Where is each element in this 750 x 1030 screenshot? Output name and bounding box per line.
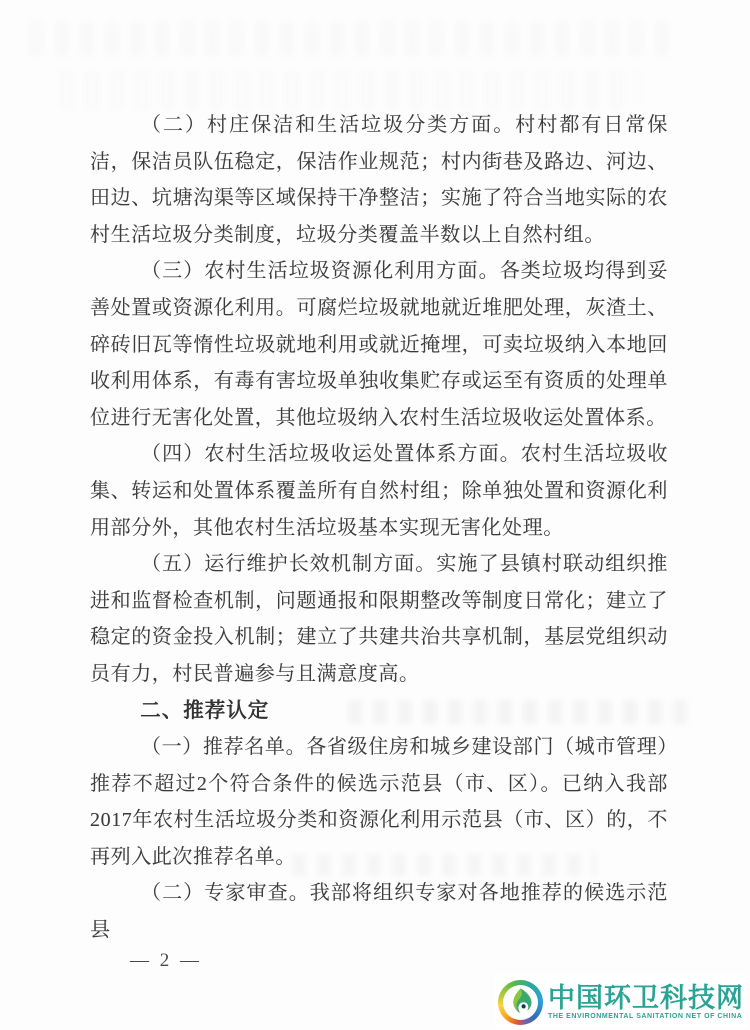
scan-artifact	[30, 22, 680, 56]
logo-subtitle: THE ENVIRONMENTAL SANITATION NET OF CHIN…	[548, 1012, 744, 1021]
body-paragraph: （一）推荐名单。各省级住房和城乡建设部门（城市管理）推荐不超过2个符合条件的候选…	[90, 729, 668, 875]
body-paragraph: （五）运行维护长效机制方面。实施了县镇村联动组织推进和监督检查机制，问题通报和限…	[90, 546, 668, 692]
site-logo: 中国环卫科技网 THE ENVIRONMENTAL SANITATION NET…	[495, 975, 747, 1029]
page-number: — 2 —	[90, 951, 668, 971]
document-page: （二）村庄保洁和生活垃圾分类方面。村村都有日常保洁，保洁员队伍稳定，保洁作业规范…	[0, 0, 750, 1030]
logo-ring-icon	[498, 980, 543, 1025]
document-body: （二）村庄保洁和生活垃圾分类方面。村村都有日常保洁，保洁员队伍稳定，保洁作业规范…	[90, 107, 668, 971]
logo-text: 中国环卫科技网 THE ENVIRONMENTAL SANITATION NET…	[548, 984, 744, 1021]
body-paragraph: （三）农村生活垃圾资源化利用方面。各类垃圾均得到妥善处置或资源化利用。可腐烂垃圾…	[90, 253, 668, 436]
body-paragraph: （四）农村生活垃圾收运处置体系方面。农村生活垃圾收集、转运和处置体系覆盖所有自然…	[90, 436, 668, 546]
body-paragraph: （二）专家审查。我部将组织专家对各地推荐的候选示范县	[90, 875, 668, 948]
logo-title: 中国环卫科技网	[548, 984, 744, 1012]
section-heading: 二、推荐认定	[90, 693, 668, 730]
body-paragraph: （二）村庄保洁和生活垃圾分类方面。村村都有日常保洁，保洁员队伍稳定，保洁作业规范…	[90, 107, 668, 253]
scan-artifact	[60, 70, 640, 110]
water-drop-icon	[498, 980, 543, 1025]
